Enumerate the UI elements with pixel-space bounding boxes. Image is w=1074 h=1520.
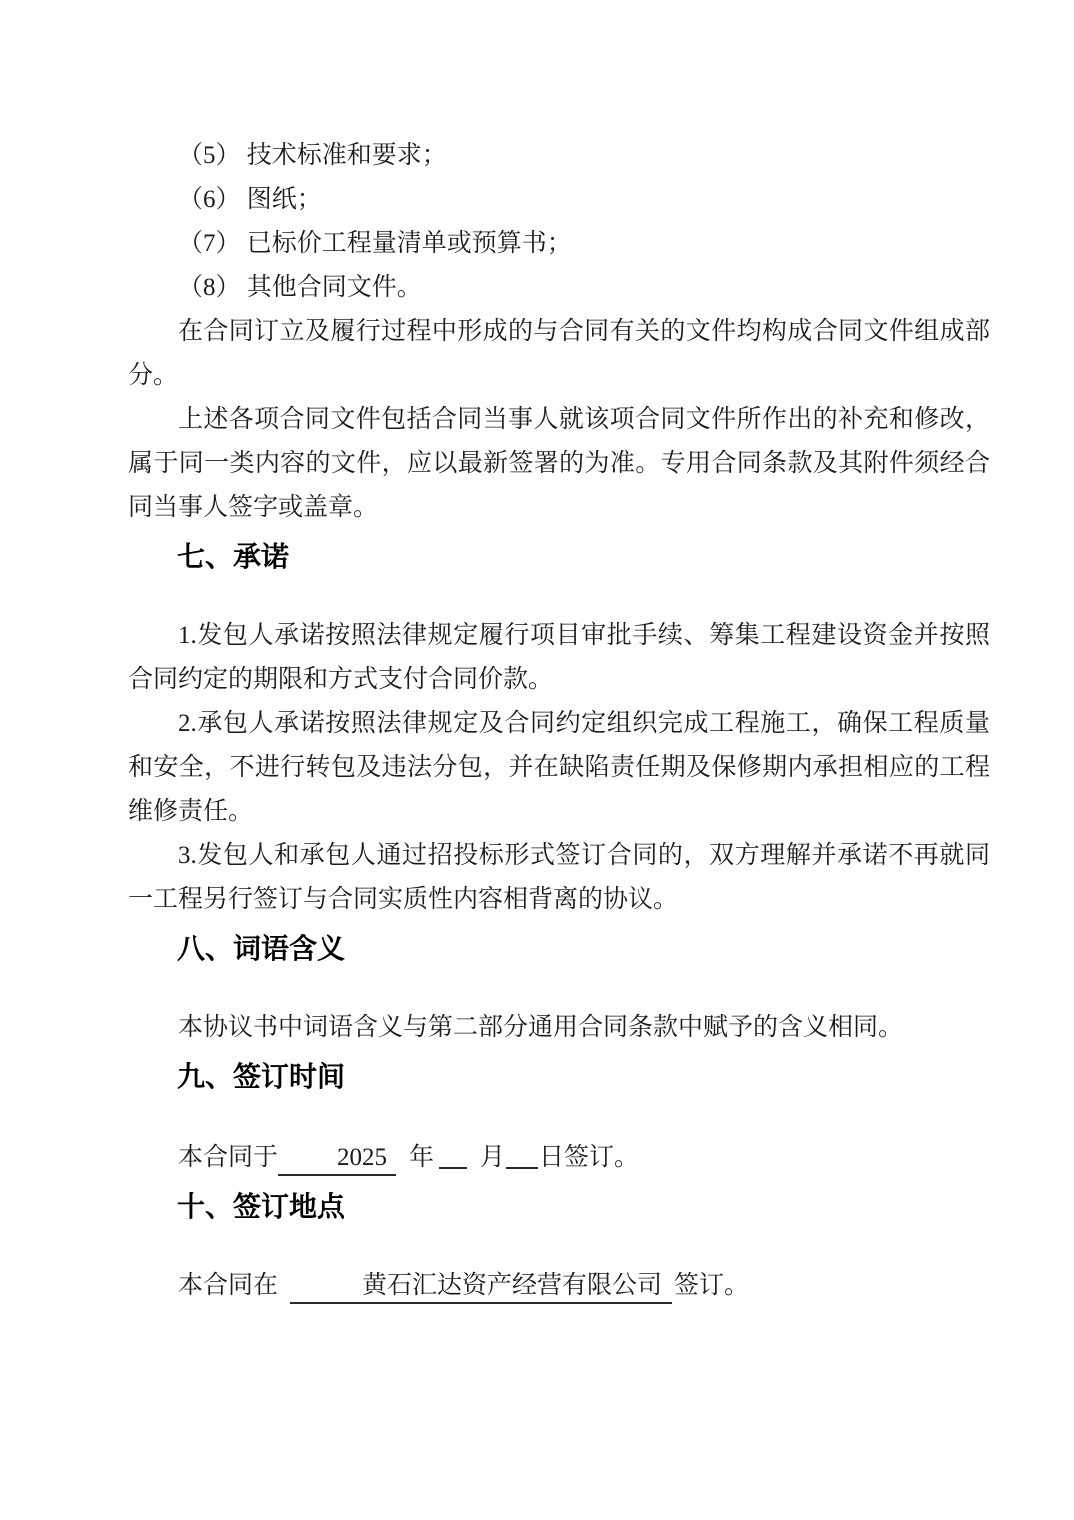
contract-file-list-item-6: （6） 图纸；	[128, 178, 990, 222]
contract-file-list-item-5: （5） 技术标准和要求；	[128, 134, 990, 178]
section-heading-commitments: 七、承诺	[128, 536, 990, 580]
year-value: 2025	[337, 1144, 387, 1171]
signing-date-line: 本合同于2025年月日签订。	[128, 1134, 990, 1180]
paragraph-contract-formation: 在合同订立及履行过程中形成的与合同有关的文件均构成合同文件组成部分。	[128, 310, 990, 398]
company-name-blank: 黄石汇达资产经营有限公司	[290, 1270, 672, 1304]
place-prefix: 本合同在	[178, 1272, 278, 1299]
commitment-clause-2: 2.承包人承诺按照法律规定及合同约定组织完成工程施工，确保工程质量和安全，不进行…	[128, 702, 990, 834]
section-heading-signing-place: 十、签订地点	[128, 1186, 990, 1230]
commitment-clause-1: 1.发包人承诺按照法律规定履行项目审批手续、筹集工程建设资金并按照合同约定的期限…	[128, 614, 990, 702]
year-blank: 2025	[278, 1142, 396, 1176]
month-label: 月	[480, 1144, 505, 1171]
contract-file-list-item-8: （8） 其他合同文件。	[128, 266, 990, 310]
paragraph-document-precedence: 上述各项合同文件包括合同当事人就该项合同文件所作出的补充和修改，属于同一类内容的…	[128, 398, 990, 530]
date-suffix: 日签订。	[539, 1144, 639, 1171]
paragraph-definitions: 本协议书中词语含义与第二部分通用合同条款中赋予的含义相同。	[128, 1006, 990, 1050]
place-suffix: 签订。	[674, 1272, 749, 1299]
section-heading-signing-time: 九、签订时间	[128, 1056, 990, 1100]
signing-place-line: 本合同在黄石汇达资产经营有限公司签订。	[128, 1264, 990, 1308]
day-blank	[506, 1134, 538, 1169]
year-label: 年	[409, 1144, 434, 1171]
company-name: 黄石汇达资产经营有限公司	[362, 1272, 662, 1299]
section-heading-definitions: 八、词语含义	[128, 928, 990, 972]
date-prefix: 本合同于	[178, 1144, 278, 1171]
contract-file-list-item-7: （7） 已标价工程量清单或预算书；	[128, 222, 990, 266]
commitment-clause-3: 3.发包人和承包人通过招投标形式签订合同的，双方理解并承诺不再就同一工程另行签订…	[128, 834, 990, 922]
contract-page: （5） 技术标准和要求； （6） 图纸； （7） 已标价工程量清单或预算书； （…	[0, 0, 1074, 1520]
month-blank	[439, 1134, 467, 1169]
